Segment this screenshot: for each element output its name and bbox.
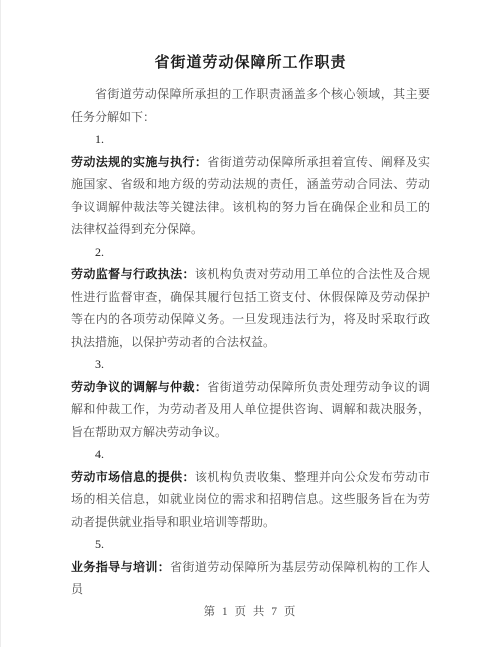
section-paragraph-2: 劳动监督与行政执法：该机构负责对劳动用工单位的合法性及合规性进行监督审查，确保其… [71,263,430,353]
list-number-5: 5. [71,533,430,556]
intro-paragraph: 省街道劳动保障所承担的工作职责涵盖多个核心领域，其主要任务分解如下： [71,83,430,128]
section-paragraph-3: 劳动争议的调解与仲裁：省街道劳动保障所负责处理劳动争议的调解和仲裁工作，为劳动者… [71,376,430,444]
list-number-1: 1. [71,128,430,151]
section-heading-2: 劳动监督与行政执法： [71,267,195,281]
section-paragraph-1: 劳动法规的实施与执行：省街道劳动保障所承担着宣传、阐释及实施国家、省级和地方级的… [71,151,430,241]
list-number-2: 2. [71,241,430,264]
section-paragraph-5: 业务指导与培训：省街道劳动保障所为基层劳动保障机构的工作人员 [71,556,430,601]
list-number-3: 3. [71,353,430,376]
section-heading-4: 劳动市场信息的提供： [71,470,195,484]
document-page: 省街道劳动保障所工作职责 省街道劳动保障所承担的工作职责涵盖多个核心领域，其主要… [0,0,500,647]
section-heading-3: 劳动争议的调解与仲裁： [71,380,207,394]
document-title: 省街道劳动保障所工作职责 [71,52,430,74]
list-number-4: 4. [71,443,430,466]
section-heading-1: 劳动法规的实施与执行： [71,155,207,169]
page-footer: 第 1 页 共 7 页 [1,603,500,619]
section-paragraph-4: 劳动市场信息的提供：该机构负责收集、整理并向公众发布劳动市场的相关信息，如就业岗… [71,466,430,534]
section-heading-5: 业务指导与培训： [71,560,170,574]
